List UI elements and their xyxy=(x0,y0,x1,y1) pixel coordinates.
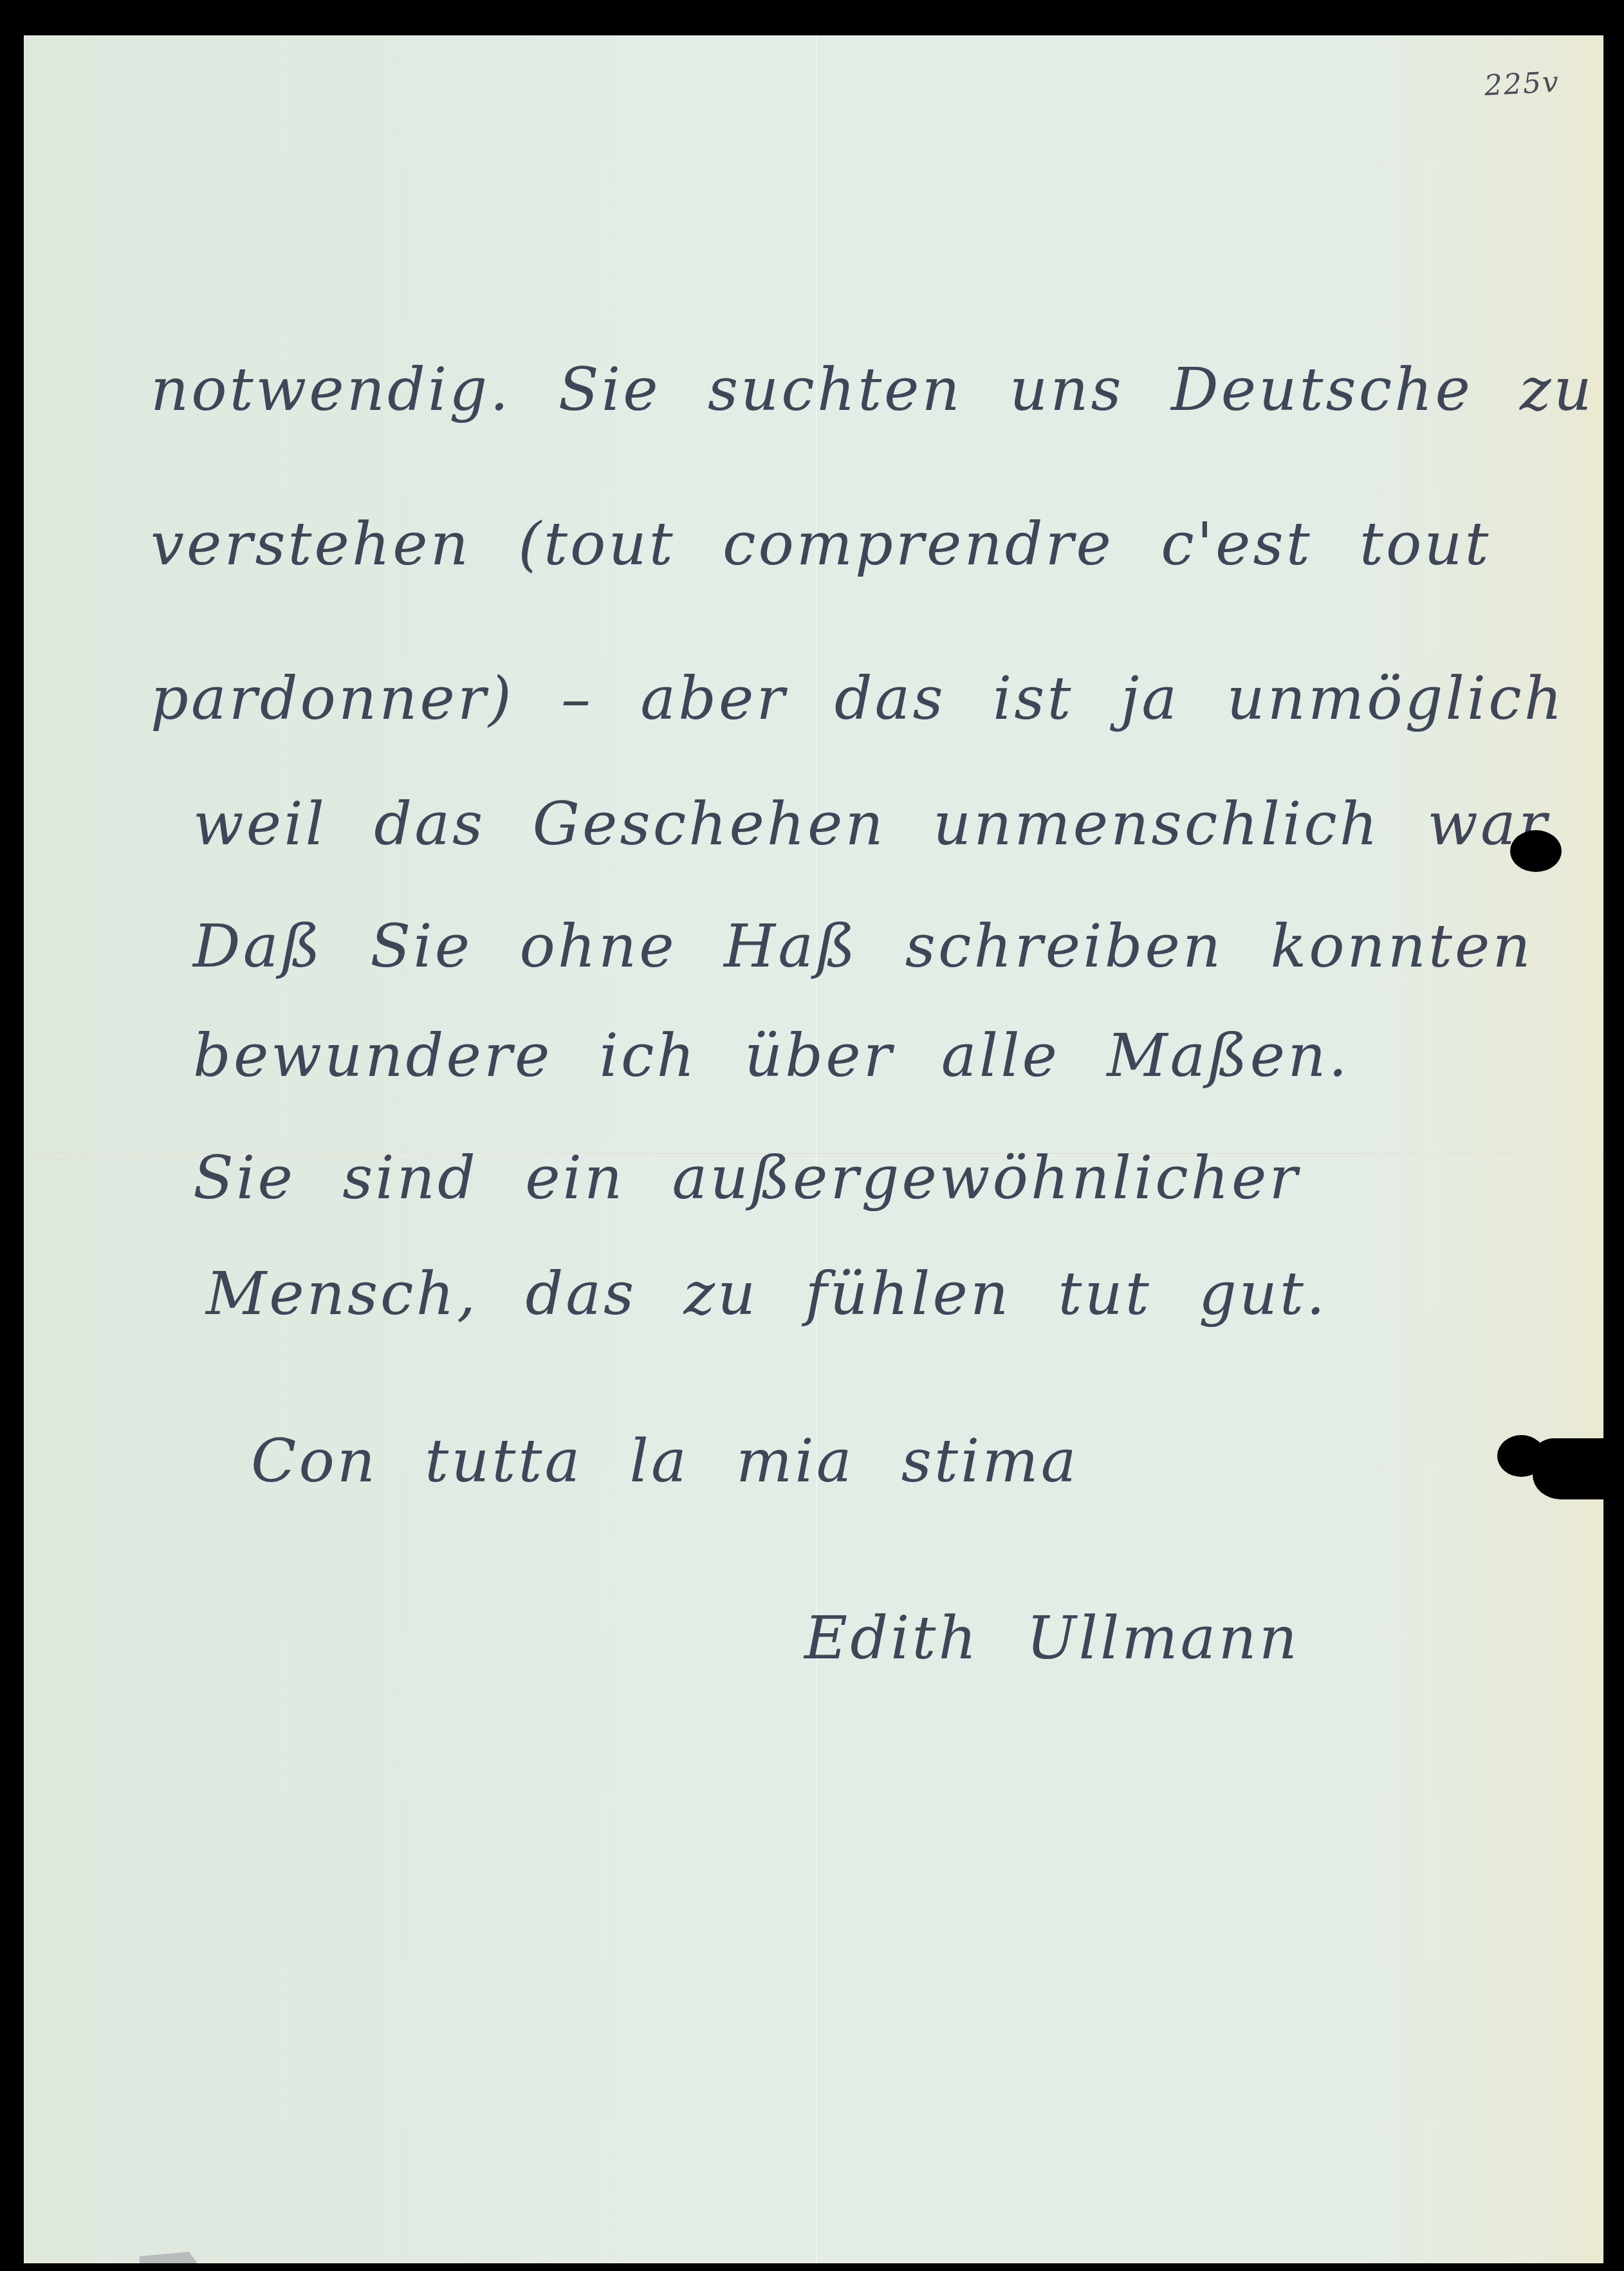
body-line-8: Mensch, das zu fühlen tut gut. xyxy=(206,1265,1327,1324)
bottom-tear xyxy=(140,2252,198,2263)
body-line-5: Daß Sie ohne Haß schreiben konnten xyxy=(193,917,1533,976)
letter-page: 225v notwendig. Sie suchten uns Deutsche… xyxy=(24,35,1603,2263)
body-line-2: verstehen (tout comprendre c'est tout xyxy=(151,515,1491,574)
punch-hole-upper xyxy=(1510,830,1562,872)
body-line-3: pardonner) – aber das ist ja unmöglich xyxy=(151,669,1565,728)
body-line-1: notwendig. Sie suchten uns Deutsche zu xyxy=(151,360,1594,420)
body-line-6: bewundere ich über alle Maßen. xyxy=(193,1026,1350,1086)
body-line-7: Sie sind ein außergewöhnlicher xyxy=(193,1149,1300,1208)
closing-salutation: Con tutta la mia stima xyxy=(251,1432,1079,1491)
folio-number: 225v xyxy=(1484,66,1560,102)
body-line-4: weil das Geschehen unmenschlich war. xyxy=(193,795,1564,854)
signature: Edith Ullmann xyxy=(804,1609,1300,1668)
torn-edge xyxy=(1533,1438,1603,1499)
